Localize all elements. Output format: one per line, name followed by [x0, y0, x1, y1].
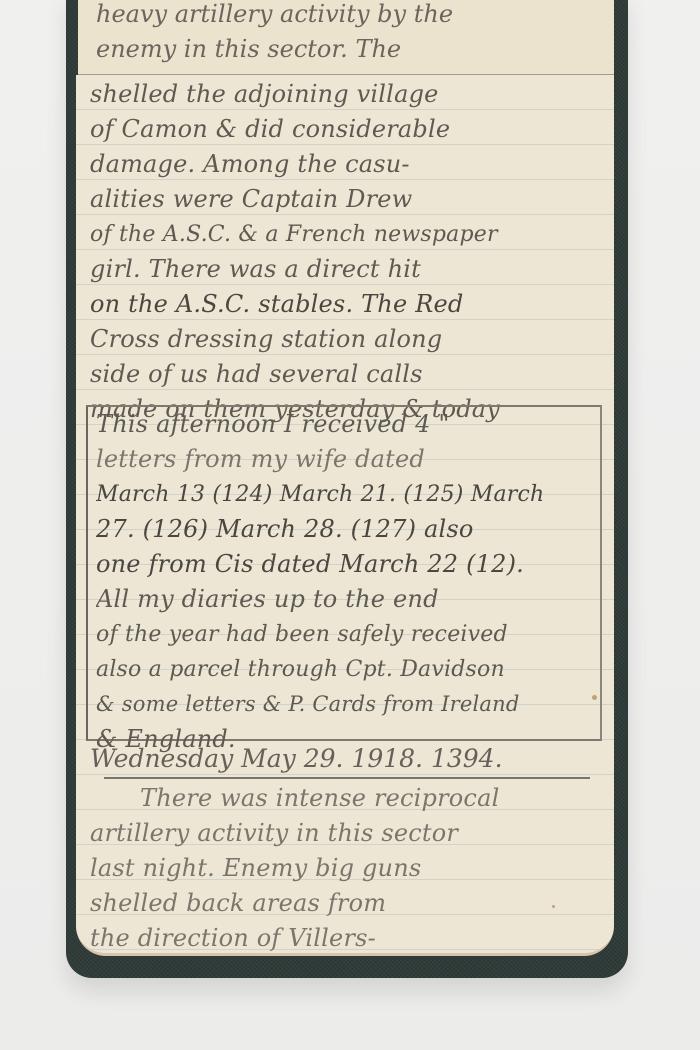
text-line: side of us had several calls: [90, 357, 604, 392]
heading-underline: [104, 777, 590, 779]
text-line: This afternoon I received 4 ": [96, 407, 604, 442]
text-line: 27. (126) March 28. (127) also: [96, 512, 604, 547]
text-line: & some letters & P. Cards from Ireland: [96, 687, 604, 722]
text-line: also a parcel through Cpt. Davidson: [96, 652, 604, 687]
previous-page-text: heavy artillery activity by the enemy in…: [96, 0, 453, 66]
previous-page-edge: heavy artillery activity by the enemy in…: [78, 0, 614, 75]
text-line: damage. Among the casu-: [90, 147, 604, 182]
ink-stain: [552, 905, 555, 908]
text-line: shelled the adjoining village: [90, 77, 604, 112]
text-line: on the A.S.C. stables. The Red: [90, 287, 604, 322]
text-line: enemy in this sector. The: [96, 31, 453, 66]
entry-date-heading: Wednesday May 29. 1918. 1394.: [90, 741, 503, 776]
paragraph-2: There was intense reciprocal artillery a…: [90, 781, 604, 956]
text-line: heavy artillery activity by the: [96, 0, 453, 31]
text-line: March 13 (124) March 21. (125) March: [96, 477, 604, 512]
diary-page: shelled the adjoining village of Camon &…: [76, 75, 614, 956]
paragraph-1: shelled the adjoining village of Camon &…: [90, 77, 604, 427]
text-line: Cross dressing station along: [90, 322, 604, 357]
text-line: of Camon & did considerable: [90, 112, 604, 147]
text-line: the direction of Villers-: [90, 921, 604, 956]
text-line: shelled back areas from: [90, 886, 604, 921]
text-line: alities were Captain Drew: [90, 182, 604, 217]
text-line: of the year had been safely received: [96, 617, 604, 652]
text-line: girl. There was a direct hit: [90, 252, 604, 287]
text-line: last night. Enemy big guns: [90, 851, 604, 886]
text-line: of the A.S.C. & a French newspaper: [90, 217, 604, 252]
photo-stage: heavy artillery activity by the enemy in…: [0, 0, 700, 1050]
bracketed-note: This afternoon I received 4 " letters fr…: [96, 407, 604, 757]
ink-stain: [592, 695, 597, 700]
text-line: There was intense reciprocal: [90, 781, 604, 816]
text-line: artillery activity in this sector: [90, 816, 604, 851]
text-line: All my diaries up to the end: [96, 582, 604, 617]
text-line: letters from my wife dated: [96, 442, 604, 477]
text-line: one from Cis dated March 22 (12).: [96, 547, 604, 582]
